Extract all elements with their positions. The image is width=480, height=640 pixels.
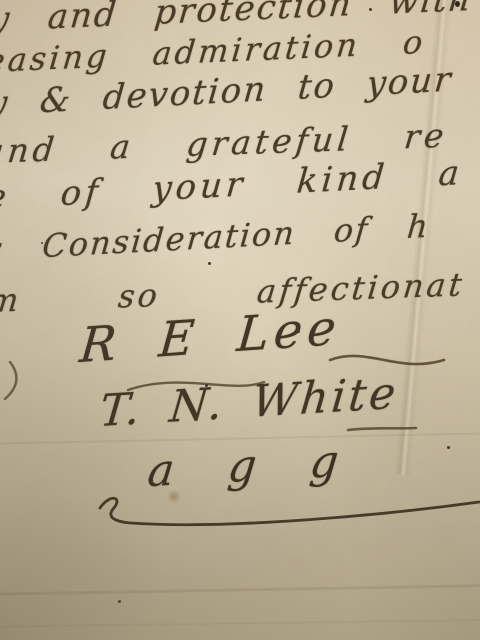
handwriting-line-6: s Consideration of h bbox=[0, 207, 432, 268]
ink-speck bbox=[118, 600, 121, 603]
signature-tn-white: T. N. White bbox=[98, 368, 401, 438]
horizontal-crease bbox=[0, 583, 480, 595]
signature-agg: a g g bbox=[145, 436, 343, 497]
ink-speck bbox=[208, 262, 211, 265]
manuscript-photo: y and protection with easing admiration … bbox=[0, 0, 480, 640]
ink-stain bbox=[166, 490, 182, 503]
horizontal-crease bbox=[0, 618, 480, 627]
ink-speck bbox=[447, 446, 450, 449]
